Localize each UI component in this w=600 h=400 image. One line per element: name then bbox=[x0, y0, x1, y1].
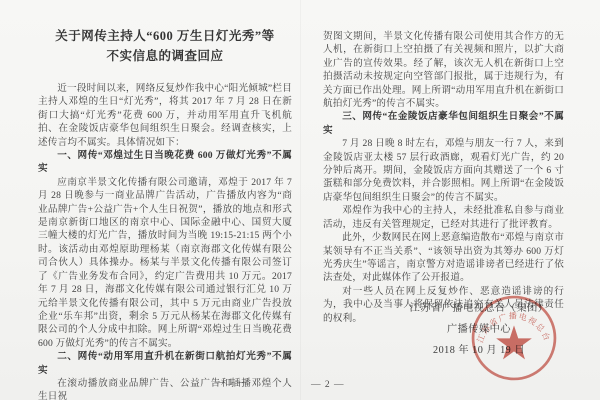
scanned-document-photo: 关于网传主持人“600 万生日灯光秀”等 不实信息的调查回应 近一段时间以来，网… bbox=[0, 0, 600, 400]
page-1-body: 近一段时间以来，网络反复炒作我中心“阳光倾城”栏目主持人邓煌的生日“灯光秀”，将… bbox=[38, 82, 292, 400]
page-number-1: — 1 — bbox=[215, 378, 249, 388]
paragraph: 在滚动播放商业品牌广告、公益广告和插播邓煌个人生日祝 bbox=[38, 377, 292, 400]
document-title: 关于网传主持人“600 万生日灯光秀”等 不实信息的调查回应 bbox=[38, 26, 292, 66]
page-2-body: 贺图文期间，半景文化传播有限公司使用其合作方的无人机，在新街口上空拍摄了有关视频… bbox=[323, 30, 564, 325]
section-heading: 三、网传“在金陵饭店豪华包间组织生日聚会”不属实 bbox=[323, 110, 564, 137]
signature-org-line-2: 广播传媒中心 bbox=[384, 319, 574, 340]
paragraph: 7 月 28 日晚 8 时左右，邓煌与朋友一行 7 人，来到金陵饭店亚太楼 57… bbox=[323, 137, 564, 204]
paragraph: 近一段时间以来，网络反复炒作我中心“阳光倾城”栏目主持人邓煌的生日“灯光秀”，将… bbox=[38, 82, 292, 149]
page-number-2: — 2 — bbox=[311, 380, 345, 390]
paragraph: 贺图文期间，半景文化传播有限公司使用其合作方的无人机，在新街口上空拍摄了有关视频… bbox=[323, 30, 564, 110]
document-page-2: 贺图文期间，半景文化传播有限公司使用其合作方的无人机，在新街口上空拍摄了有关视频… bbox=[300, 0, 600, 400]
paragraph: 邓煌作为我中心的主持人，未经批准私自参与商业活动，违反有关管理规定，已经对其进行… bbox=[323, 204, 564, 231]
signature-date: 2018 年 10 月 19 日 bbox=[384, 340, 574, 361]
document-page-1: 关于网传主持人“600 万生日灯光秀”等 不实信息的调查回应 近一段时间以来，网… bbox=[0, 0, 300, 400]
section-heading: 二、网传“动用军用直升机在新街口航拍灯光秀”不属实 bbox=[38, 350, 292, 377]
signature-org-line-1: 江苏省广播电视总台（集团） bbox=[384, 298, 574, 319]
document-title-line-2: 不实信息的调查回应 bbox=[38, 46, 292, 66]
signature-block: 江苏省广播电视总台（集团） 广播传媒中心 2018 年 10 月 19 日 bbox=[384, 298, 574, 361]
section-heading: 一、网传“邓煌过生日当晚花费 600 万做灯光秀”不属实 bbox=[38, 149, 292, 176]
document-title-line-1: 关于网传主持人“600 万生日灯光秀”等 bbox=[38, 26, 292, 46]
paragraph: 此外，少数网民在网上恶意编造散布“邓煌与南京市某领导有不正当关系”、“该领导出资… bbox=[323, 231, 564, 285]
paragraph: 应南京半景文化传播有限公司邀请，邓煌于 2017 年 7 月 28 日晚参与一商… bbox=[38, 176, 292, 350]
